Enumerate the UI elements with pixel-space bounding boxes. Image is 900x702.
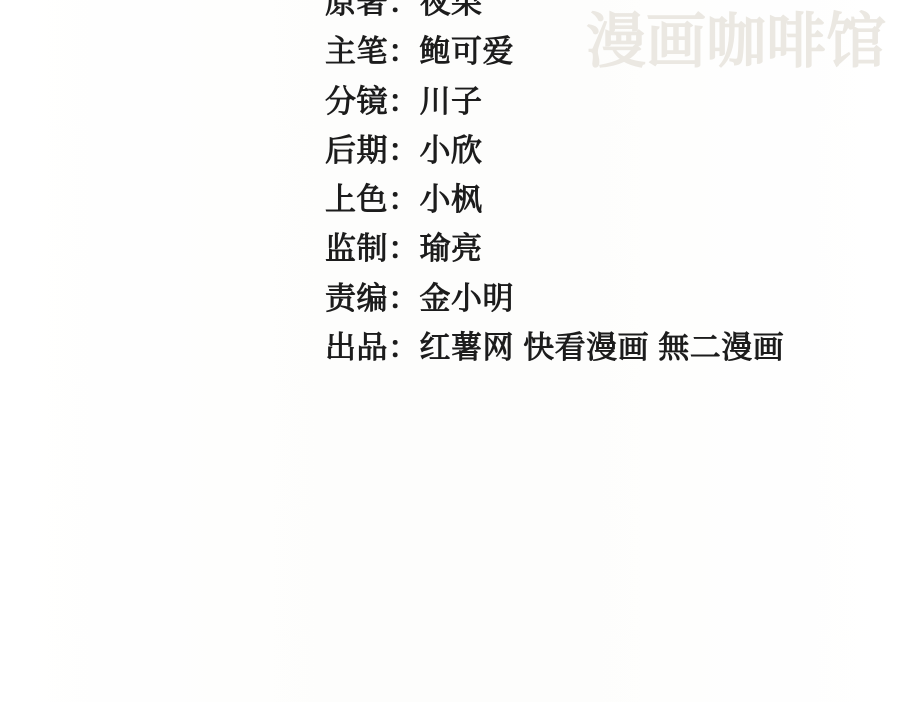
credit-label: 分镜 — [325, 84, 388, 119]
credit-row-post-production: 后期：小欣 — [325, 126, 784, 175]
credit-value: 夜果 — [420, 0, 483, 20]
credit-label: 主笔 — [325, 34, 388, 69]
credit-colon: ： — [388, 0, 420, 20]
credit-label: 出品 — [325, 330, 388, 365]
credit-value: 川子 — [420, 84, 483, 119]
credit-value: 鲍可爱 — [420, 34, 515, 69]
credit-colon: ： — [388, 34, 420, 69]
credit-colon: ： — [388, 133, 420, 168]
credit-colon: ： — [388, 330, 420, 365]
credit-label: 上色 — [325, 182, 388, 217]
credit-colon: ： — [388, 231, 420, 266]
credit-row-publisher: 出品：红薯网 快看漫画 無二漫画 — [325, 323, 784, 372]
credit-row-editor: 责编：金小明 — [325, 274, 784, 323]
credit-value: 小枫 — [420, 182, 483, 217]
credit-label: 责编 — [325, 281, 388, 316]
credit-label: 后期 — [325, 133, 388, 168]
credit-value: 金小明 — [420, 281, 515, 316]
credit-row-supervisor: 监制：瑜亮 — [325, 224, 784, 273]
credit-colon: ： — [388, 182, 420, 217]
comic-page: 漫画咖啡馆 原著：夜果 主笔：鲍可爱 分镜：川子 后期：小欣 上色：小枫 监制：… — [0, 0, 900, 702]
credit-row-coloring: 上色：小枫 — [325, 175, 784, 224]
credit-value: 小欣 — [420, 133, 483, 168]
credit-label: 原著 — [325, 0, 388, 20]
credit-row-storyboard: 分镜：川子 — [325, 77, 784, 126]
credit-row-original-author: 原著：夜果 — [325, 0, 784, 27]
credit-value: 瑜亮 — [420, 231, 483, 266]
credits-block: 原著：夜果 主笔：鲍可爱 分镜：川子 后期：小欣 上色：小枫 监制：瑜亮 责编：… — [325, 0, 784, 372]
credit-label: 监制 — [325, 231, 388, 266]
credit-colon: ： — [388, 84, 420, 119]
credit-colon: ： — [388, 281, 420, 316]
credit-value: 红薯网 快看漫画 無二漫画 — [420, 330, 785, 365]
credit-row-lead-artist: 主笔：鲍可爱 — [325, 27, 784, 76]
